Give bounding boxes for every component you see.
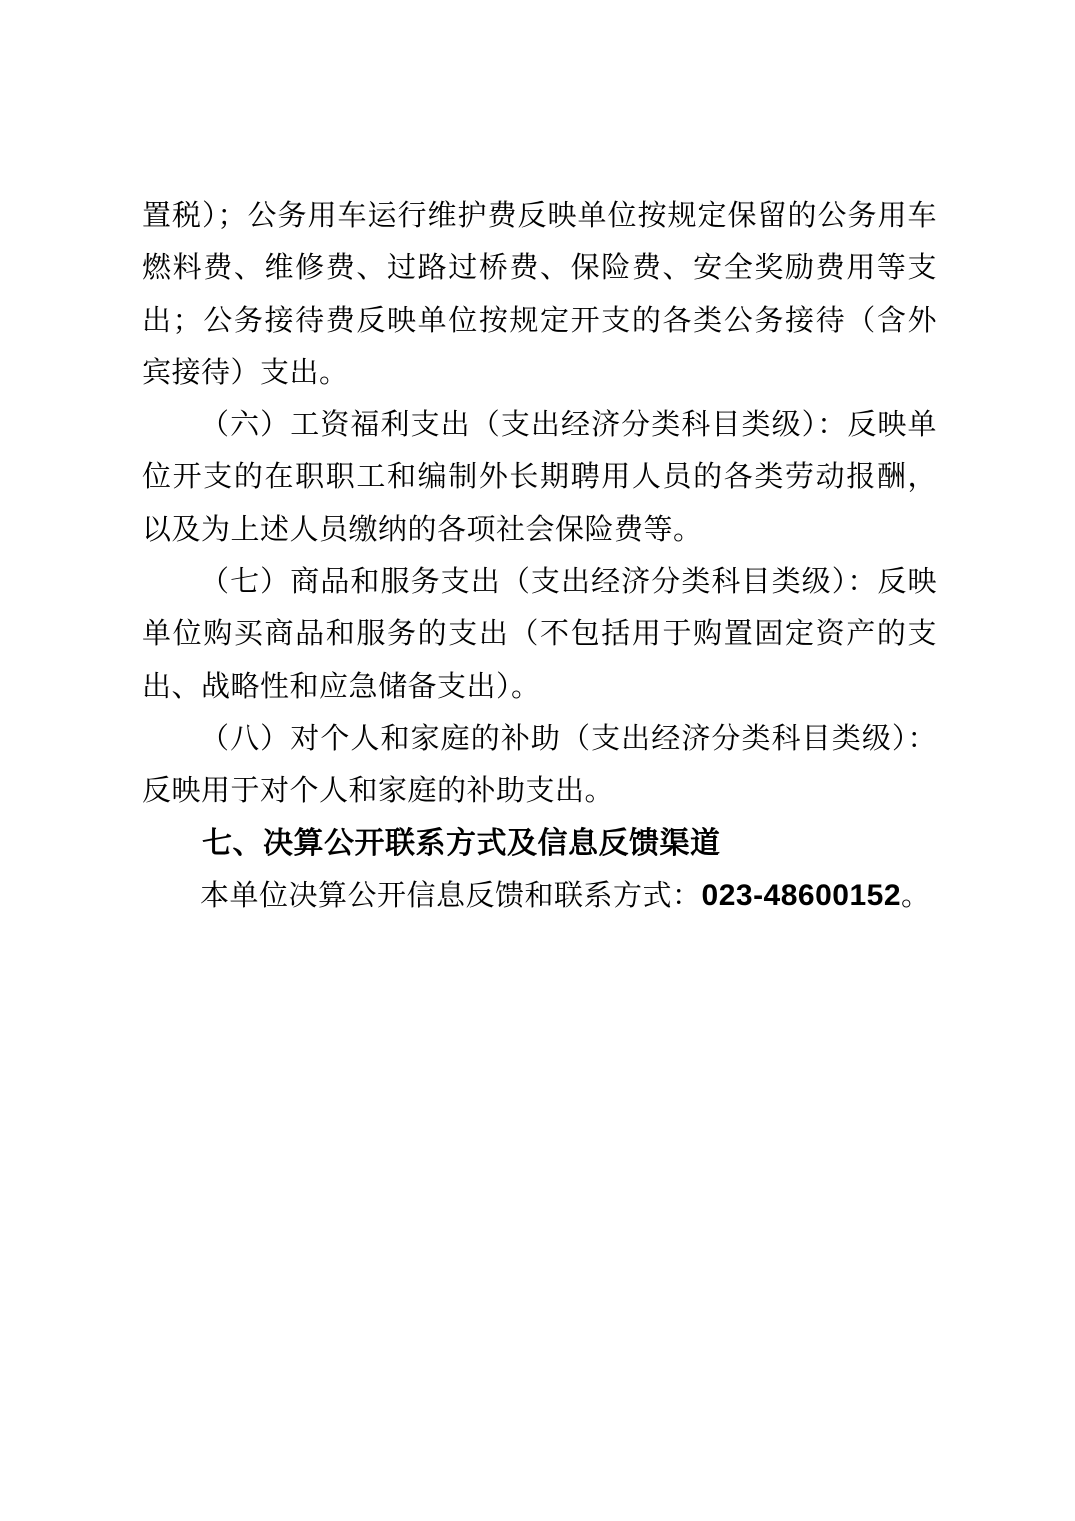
contact-period: 。: [901, 880, 931, 912]
phone-number: 023-48600152: [702, 879, 902, 912]
section-heading-contact-feedback: 七、决算公开联系方式及信息反馈渠道: [142, 818, 937, 870]
contact-prefix-text: 本单位决算公开信息反馈和联系方式：: [200, 880, 702, 912]
paragraph-contact-info: 本单位决算公开信息反馈和联系方式：023-48600152。: [142, 870, 937, 922]
paragraph-item-six-wages-welfare: （六）工资福利支出（支出经济分类科目类级）：反映单位开支的在职职工和编制外长期聘…: [142, 399, 937, 556]
document-page: 置税）；公务用车运行维护费反映单位按规定保留的公务用车燃料费、维修费、过路过桥费…: [0, 0, 1075, 1521]
paragraph-vehicle-reception-expenses: 置税）；公务用车运行维护费反映单位按规定保留的公务用车燃料费、维修费、过路过桥费…: [142, 190, 937, 399]
paragraph-item-eight-individual-family-subsidy: （八）对个人和家庭的补助（支出经济分类科目类级）：反映用于对个人和家庭的补助支出…: [142, 713, 937, 818]
paragraph-item-seven-goods-services: （七）商品和服务支出（支出经济分类科目类级）：反映单位购买商品和服务的支出（不包…: [142, 556, 937, 713]
